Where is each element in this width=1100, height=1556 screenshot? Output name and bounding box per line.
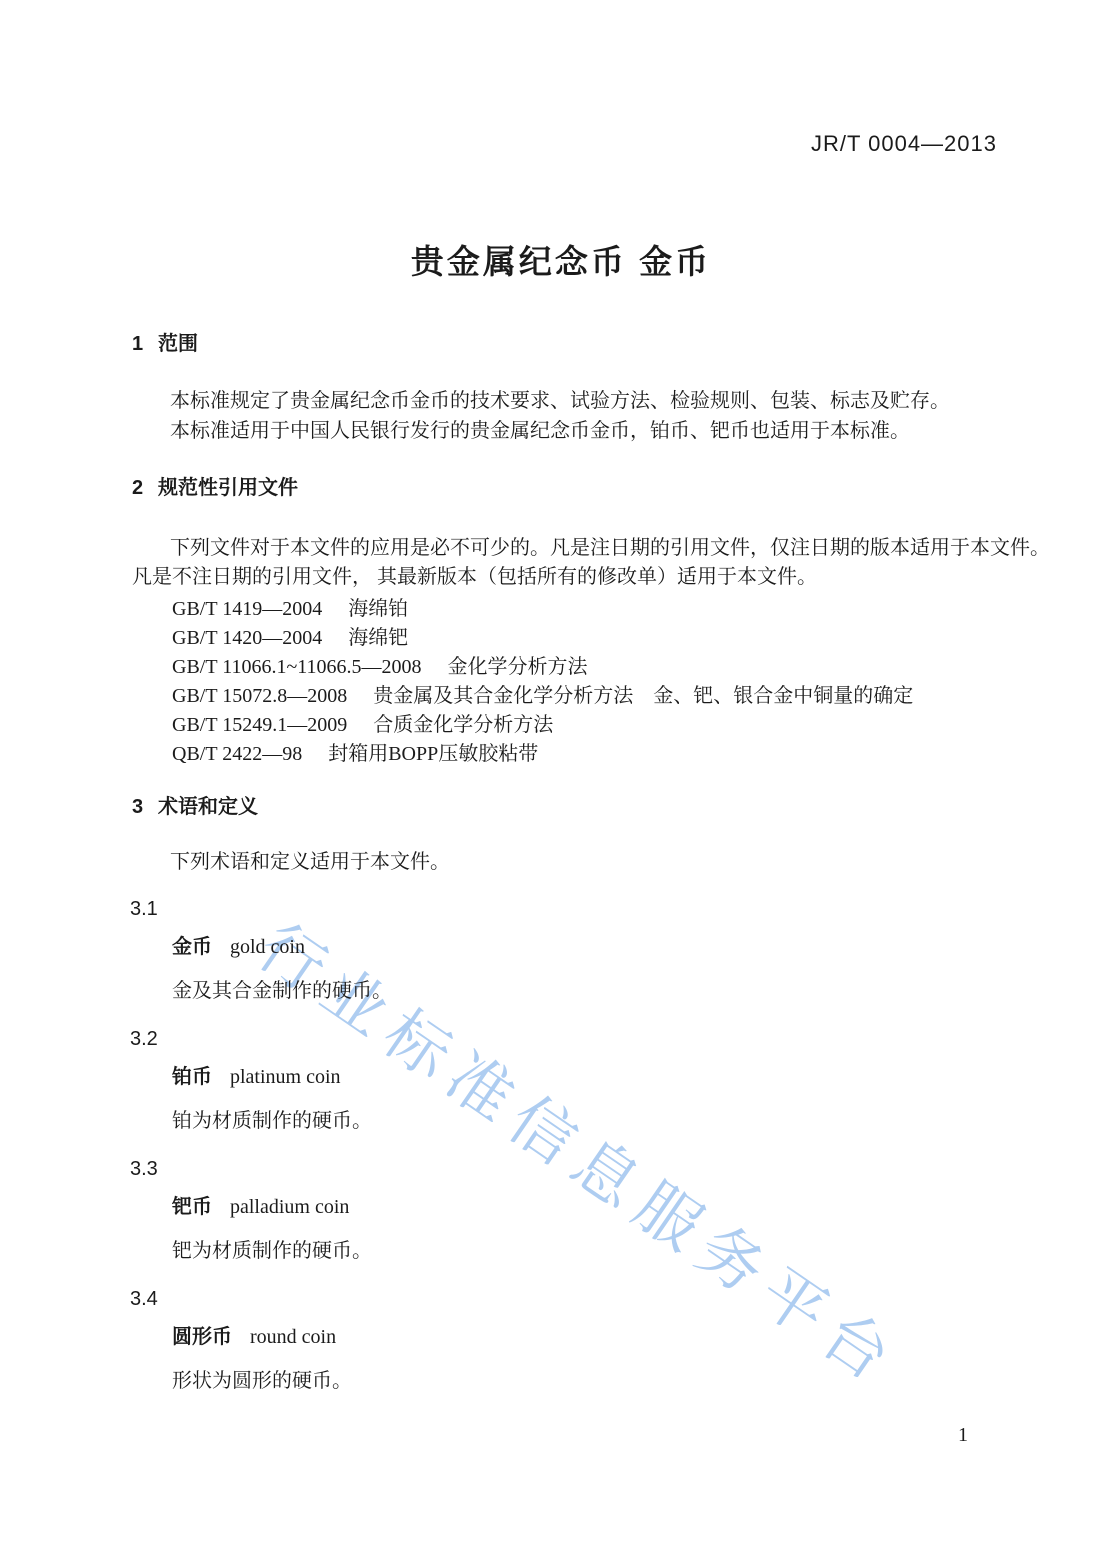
section-2-heading: 2规范性引用文件 bbox=[132, 477, 298, 500]
page-title: 贵金属纪念币 金币 bbox=[0, 236, 1100, 283]
reference-code: GB/T 11066.1~11066.5—2008 bbox=[172, 656, 422, 678]
term-id: 3.1 bbox=[130, 898, 158, 921]
term-definition: 形状为圆形的硬币。 bbox=[172, 1370, 352, 1393]
reference-item: GB/T 1419—2004海绵铂 bbox=[172, 597, 408, 621]
reference-item: GB/T 11066.1~11066.5—2008金化学分析方法 bbox=[172, 655, 588, 679]
term-heading: 铂币platinum coin bbox=[172, 1066, 341, 1089]
term-heading: 圆形币round coin bbox=[172, 1326, 336, 1349]
page-number: 1 bbox=[958, 1424, 968, 1447]
term-zh: 钯币 bbox=[172, 1196, 212, 1218]
reference-name: 合质金化学分析方法 bbox=[373, 714, 553, 736]
document-page: 行业标准信息服务平台 JR/T 0004—2013 贵金属纪念币 金币 1范围 … bbox=[0, 0, 1100, 1556]
reference-name: 海绵钯 bbox=[348, 627, 408, 649]
term-definition: 金及其合金制作的硬币。 bbox=[172, 980, 392, 1003]
term-id: 3.4 bbox=[130, 1288, 158, 1311]
reference-code: QB/T 2422—98 bbox=[172, 743, 302, 765]
section-2-title: 规范性引用文件 bbox=[158, 477, 298, 499]
reference-code: GB/T 1420—2004 bbox=[172, 627, 322, 649]
term-en: gold coin bbox=[230, 936, 305, 958]
section-1-paragraph-1: 本标准规定了贵金属纪念币金币的技术要求、试验方法、检验规则、包装、标志及贮存。 bbox=[170, 389, 950, 413]
reference-name: 金化学分析方法 bbox=[448, 656, 588, 678]
section-1-heading: 1范围 bbox=[132, 333, 198, 356]
section-3-intro: 下列术语和定义适用于本文件。 bbox=[170, 850, 450, 874]
watermark: 行业标准信息服务平台 bbox=[243, 898, 921, 1404]
term-heading: 钯币palladium coin bbox=[172, 1196, 349, 1219]
reference-code: GB/T 15072.8—2008 bbox=[172, 685, 347, 707]
term-en: palladium coin bbox=[230, 1196, 349, 1218]
doc-number: JR/T 0004—2013 bbox=[811, 131, 997, 157]
section-1-number: 1 bbox=[132, 333, 158, 356]
term-en: platinum coin bbox=[230, 1066, 341, 1088]
reference-item: QB/T 2422—98封箱用BOPP压敏胶粘带 bbox=[172, 742, 538, 766]
section-3-heading: 3术语和定义 bbox=[132, 796, 258, 819]
term-definition: 铂为材质制作的硬币。 bbox=[172, 1110, 372, 1133]
reference-code: GB/T 1419—2004 bbox=[172, 598, 322, 620]
section-2-number: 2 bbox=[132, 477, 158, 500]
term-id: 3.2 bbox=[130, 1028, 158, 1051]
term-en: round coin bbox=[250, 1326, 336, 1348]
reference-name: 海绵铂 bbox=[348, 598, 408, 620]
term-zh: 铂币 bbox=[172, 1066, 212, 1088]
reference-item: GB/T 1420—2004海绵钯 bbox=[172, 626, 408, 650]
section-2-intro-line-1: 下列文件对于本文件的应用是必不可少的。凡是注日期的引用文件，仅注日期的版本适用于… bbox=[170, 536, 1050, 560]
section-2-intro-line-2: 凡是不注日期的引用文件， 其最新版本（包括所有的修改单）适用于本文件。 bbox=[132, 565, 817, 589]
reference-name: 贵金属及其合金化学分析方法 金、钯、银合金中铜量的确定 bbox=[373, 685, 913, 707]
term-id: 3.3 bbox=[130, 1158, 158, 1181]
term-zh: 圆形币 bbox=[172, 1326, 232, 1348]
reference-item: GB/T 15072.8—2008贵金属及其合金化学分析方法 金、钯、银合金中铜… bbox=[172, 684, 913, 708]
term-heading: 金币gold coin bbox=[172, 936, 305, 959]
section-1-paragraph-2: 本标准适用于中国人民银行发行的贵金属纪念币金币，铂币、钯币也适用于本标准。 bbox=[170, 419, 910, 443]
term-zh: 金币 bbox=[172, 936, 212, 958]
reference-item: GB/T 15249.1—2009合质金化学分析方法 bbox=[172, 713, 553, 737]
term-definition: 钯为材质制作的硬币。 bbox=[172, 1240, 372, 1263]
section-3-title: 术语和定义 bbox=[158, 796, 258, 818]
reference-name: 封箱用BOPP压敏胶粘带 bbox=[328, 743, 538, 765]
reference-code: GB/T 15249.1—2009 bbox=[172, 714, 347, 736]
section-1-title: 范围 bbox=[158, 333, 198, 355]
section-3-number: 3 bbox=[132, 796, 158, 819]
